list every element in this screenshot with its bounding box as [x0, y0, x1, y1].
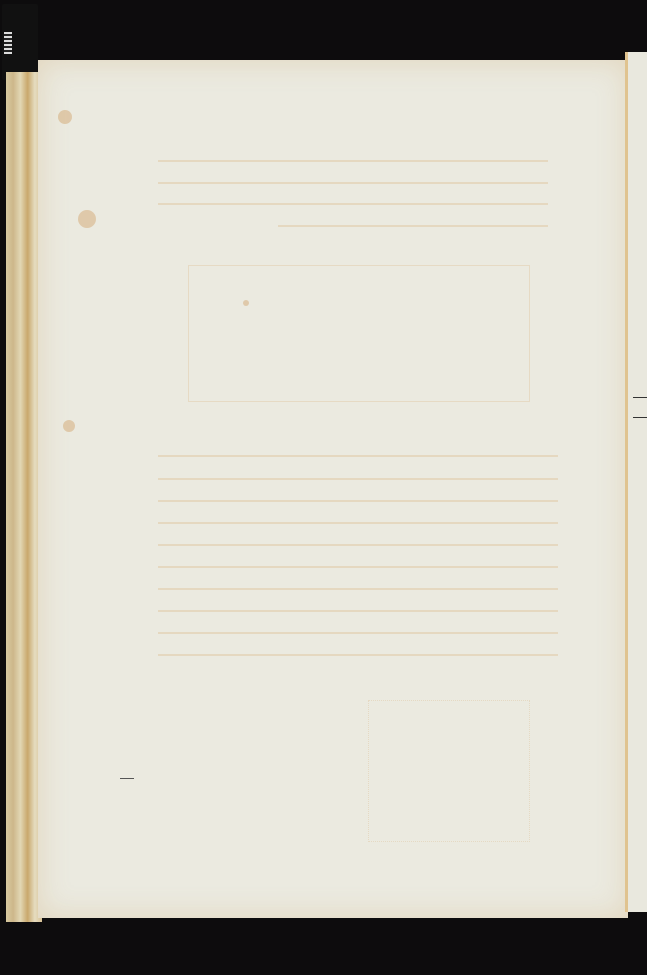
next-page-edge: [625, 52, 647, 912]
clamp: [2, 4, 38, 80]
page-edges: [6, 72, 42, 922]
book-page: [38, 60, 628, 918]
clamp-label: [4, 32, 12, 54]
